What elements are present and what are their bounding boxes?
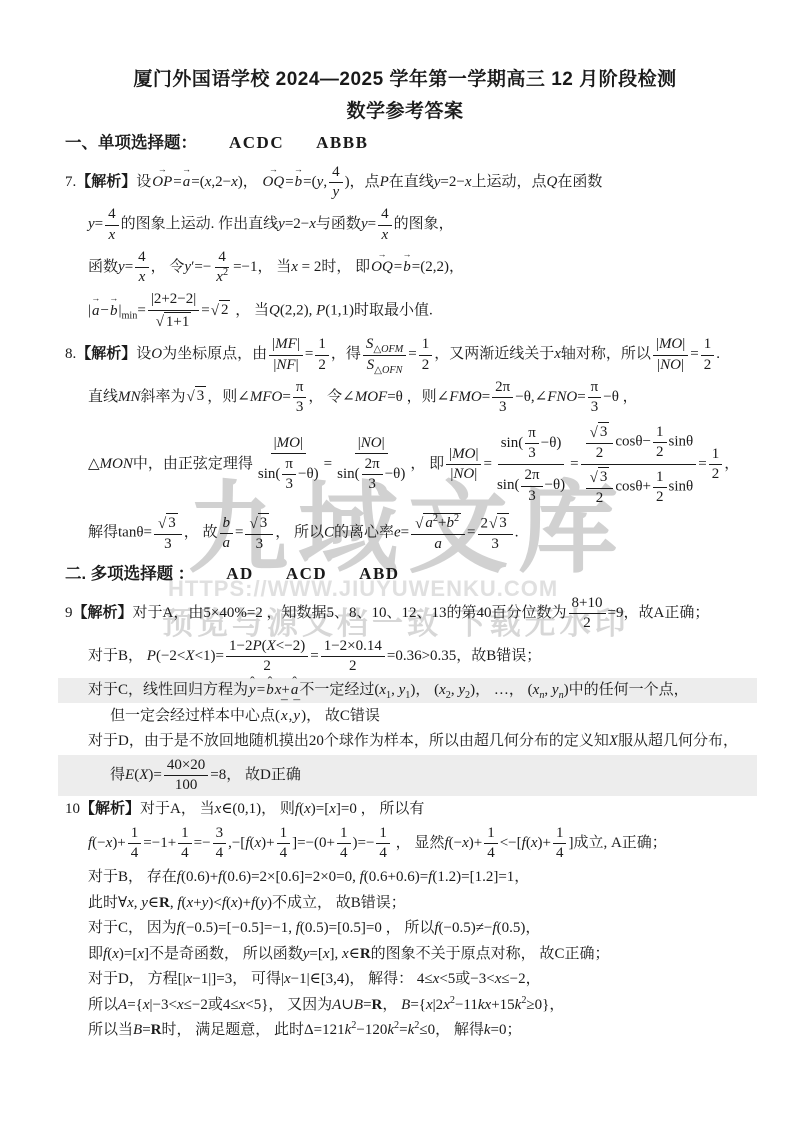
radical: √1+1 <box>156 312 192 331</box>
fraction: |MF||NF| <box>269 336 303 374</box>
vector-accent: →a <box>183 171 191 194</box>
fraction: 4x <box>378 206 392 244</box>
solution-line: △MON中，由正弦定理得|MO|sin(π3−θ)=|NO|sin(2π3−θ)… <box>88 420 745 509</box>
supscript: 2 <box>454 513 459 524</box>
analysis-marker: 【解析】 <box>76 173 136 190</box>
analysis-marker: 【解析】 <box>73 604 133 621</box>
fraction: 14 <box>128 825 142 863</box>
supscript: 2 <box>351 1020 356 1031</box>
solution-line: 所以当B=R时， 满足题意， 此时Δ=121k2−120k2=k2≤0， 解得k… <box>88 1019 745 1042</box>
section-label: 二. 多项选择题 ： <box>65 565 194 583</box>
roman-text: C <box>340 708 350 724</box>
subscript: △OFM <box>373 344 403 355</box>
fraction: √32 <box>586 422 614 462</box>
roman-text: C <box>554 946 564 962</box>
fraction: 12 <box>419 336 433 374</box>
fraction: ba <box>220 515 234 553</box>
roman-text: sin <box>497 477 515 493</box>
solution-line: 对于D，由于是不放回地随机摸出20个球作为样本，所以由超几何分布的定义知X服从超… <box>88 730 745 753</box>
solution-line: 解得tanθ=√33， 故ba=√33， 所以C的离心率e=√a2+b2a=2√… <box>88 512 745 554</box>
subscript: n <box>539 690 544 701</box>
subscript: 2 <box>465 690 470 701</box>
roman-text: C <box>118 682 128 698</box>
roman-text: min <box>122 311 138 322</box>
roman-text: sin <box>669 434 687 450</box>
roman-text: cos <box>615 479 635 495</box>
radical: √2 <box>211 300 231 319</box>
analysis-marker: 【解析】 <box>76 345 136 362</box>
solution-line: 对于D， 方程[|x−1|]=3， 可得|x−1|∈[3,4)， 解得： 4≤x… <box>88 968 745 991</box>
document-subtitle: 数学参考答案 <box>65 96 745 123</box>
solution-line: 此时∀x, y∈R, f(x+y)<f(x)+f(y)不成立， 故B错误； <box>88 892 745 915</box>
fraction: √33 <box>154 513 182 553</box>
fraction: 12 <box>709 446 723 484</box>
supscript: 2 <box>394 1020 399 1031</box>
fraction: 12 <box>653 424 667 462</box>
fraction: 14 <box>484 825 498 863</box>
roman-text: A <box>611 835 622 851</box>
solution-line: 得E(X)=40×20100=8， 故D正确 <box>110 756 745 796</box>
roman-text: B <box>486 648 496 664</box>
hat-accent: ˆb <box>266 679 274 702</box>
fraction: 2π3 <box>492 379 513 417</box>
document-content: 厦门外国语学校 2024—2025 学年第一学期高三 12 月阶段检测 数学参考… <box>0 0 793 1042</box>
fraction: 14 <box>376 825 390 863</box>
fraction: 12 <box>653 469 667 507</box>
solution-line: 对于B， P(−2<X<1)=1−2P(X<−2)2=1−2×0.142=0.3… <box>88 637 745 677</box>
roman-text: tan <box>118 525 136 541</box>
fraction: √32 <box>586 467 614 507</box>
solution-line: 但一定会经过样本中心点(¯x,¯y)， 故C错误 <box>110 705 745 728</box>
fraction: 14 <box>553 825 567 863</box>
fraction: 4y <box>329 164 343 202</box>
vector-accent: →OQ <box>371 256 393 279</box>
subscript: 2 <box>446 690 451 701</box>
solution-line: 即f(x)=[x]不是奇函数， 所以函数y=[x], x∈R的图象不关于原点对称… <box>88 943 745 966</box>
analysis-marker: 【解析】 <box>80 800 140 817</box>
roman-text: C <box>118 920 128 936</box>
solution-line: 对于B， 存在f(0.6)+f(0.6)=2×[0.6]=2×0=0, f(0.… <box>88 866 745 889</box>
supscript: 2 <box>433 513 438 524</box>
fraction: π3 <box>293 379 307 417</box>
solution-line: 10【解析】对于A， 当x∈(0,1)， 则f(x)=[x]=0 ， 所以有 <box>65 798 745 821</box>
fraction: 2π3 <box>521 467 542 505</box>
section-heading: 一、单项选择题：ACDCABBB <box>65 130 745 156</box>
roman-text: A <box>170 801 181 817</box>
fraction: |MO|sin(π3−θ) <box>255 435 322 495</box>
fraction: 1−2×0.142 <box>321 638 385 676</box>
solution-line: 对于C， 因为f(−0.5)=[−0.5]=−1, f(0.5)=[0.5]=0… <box>88 917 745 940</box>
subscript: min <box>122 311 138 322</box>
fraction: |MO||NO| <box>653 336 688 374</box>
fraction: 34 <box>213 825 227 863</box>
fraction: √a2+b2a <box>411 513 465 553</box>
fraction: 14 <box>337 825 351 863</box>
solution-line: f(−x)+14=−1+14=−34,−[f(x)+14]=−(0+14)=−1… <box>88 824 745 864</box>
fraction: |NO|sin(2π3−θ) <box>334 435 408 495</box>
fraction: π3 <box>282 456 296 494</box>
roman-text: D <box>260 767 271 783</box>
radical: √3 <box>249 513 269 532</box>
fraction: |2+2−2|√1+1 <box>148 291 199 331</box>
fraction: 4x <box>135 249 149 287</box>
bar-accent: ¯x <box>281 705 288 728</box>
fraction: π3 <box>525 425 539 463</box>
fraction: √33 <box>245 513 273 553</box>
answer-key: ACD <box>286 564 327 583</box>
roman-text: sin <box>258 466 276 482</box>
solution-line: 所以A={x|−3<x≤−2或4≤x<5}， 又因为A∪B=R， B={x|2x… <box>88 994 745 1017</box>
roman-text: A <box>653 605 664 621</box>
solution-line: y=4x的图象上运动. 作出直线y=2−x与函数y=4x的图象， <box>88 205 745 245</box>
vector-accent: →b <box>403 256 411 279</box>
fraction: 14 <box>277 825 291 863</box>
section-label: 一、单项选择题： <box>65 134 197 152</box>
solution-line: 直线MN斜率为√3，则∠MFO=π3， 令∠MOF=θ ，则∠FMO=2π3−θ… <box>88 378 745 418</box>
vector-accent: →a <box>92 300 100 323</box>
hat-accent: ˆy <box>249 679 256 702</box>
solution-line: 8.【解析】设O为坐标原点，由|MF||NF|=12，得S△OFMS△OFN=1… <box>65 335 745 375</box>
fraction: 12 <box>315 336 329 374</box>
radical: √3 <box>489 513 509 532</box>
section-heading: 二. 多项选择题 ：ADACDABD <box>65 561 745 587</box>
supscript: 2 <box>223 267 228 278</box>
fraction: 4x2 <box>213 249 231 287</box>
radical: √3 <box>187 386 207 405</box>
fraction: 40×20100 <box>164 757 208 795</box>
fraction: π3 <box>588 379 602 417</box>
vector-accent: →OQ <box>263 171 285 194</box>
radical: √3 <box>590 422 610 441</box>
fraction: 2√33 <box>478 513 513 553</box>
radical: √a2+b2 <box>415 513 461 532</box>
subscript: n <box>559 690 564 701</box>
answer-key: AD <box>226 564 254 583</box>
roman-text: D <box>118 971 129 987</box>
supscript: 2 <box>414 1020 419 1031</box>
subscript: 1 <box>386 690 391 701</box>
roman-text: sin <box>501 435 519 451</box>
answer-key: ABD <box>359 564 399 583</box>
fraction: 4x <box>105 206 119 244</box>
vector-accent: →OP <box>152 171 172 194</box>
fraction: 12 <box>701 336 715 374</box>
document-page: 九域文库 HTTPS://WWW.JIUYUWENKU.COM 预览与源文档一致… <box>0 0 793 1122</box>
solution-line: 函数y=4x， 令y′=−4x2=−1， 当x = 2时， 即→OQ=→b=(2… <box>88 248 745 288</box>
fraction: 14 <box>178 825 192 863</box>
bold-symbol: R <box>159 895 170 911</box>
answer-key: ACDC <box>229 133 284 152</box>
subscript: △OFN <box>374 365 402 376</box>
solution-content: 一、单项选择题：ACDCABBB7.【解析】设→OP=→a=(x,2−x)， →… <box>65 130 745 1042</box>
roman-text: sin <box>669 479 687 495</box>
roman-text: B <box>118 869 128 885</box>
roman-text: A <box>163 605 174 621</box>
solution-line: 对于C，线性回归方程为ˆy=ˆbx+ˆa不一定经过(x1, y1)， (x2, … <box>88 679 745 702</box>
solution-line: 7.【解析】设→OP=→a=(x,2−x)， →OQ=→b=(y,4y)，点P在… <box>65 163 745 203</box>
bold-symbol: R <box>360 946 371 962</box>
supscript: 2 <box>450 995 455 1006</box>
subscript: 1 <box>405 690 410 701</box>
roman-text: B <box>118 648 128 664</box>
bold-symbol: R <box>151 1022 162 1038</box>
supscript: 2 <box>521 995 526 1006</box>
fraction: |MO||NO| <box>446 446 481 484</box>
vector-accent: →b <box>295 171 303 194</box>
roman-text: sin <box>337 466 355 482</box>
solution-line: |→a−→b|min=|2+2−2|√1+1=√2 ， 当Q(2,2), P(1… <box>88 290 745 332</box>
vector-accent: →b <box>110 300 118 323</box>
bar-accent: ¯y <box>293 705 300 728</box>
roman-text: cos <box>615 434 635 450</box>
roman-text: D <box>118 733 129 749</box>
radical: √3 <box>158 513 178 532</box>
solution-line: 9【解析】对于A，由5×40%=2 ，知数据5、8、10、12、13的第40百分… <box>65 594 745 634</box>
roman-text: B <box>351 895 361 911</box>
answer-key: ABBB <box>316 133 368 152</box>
fraction: 1−2P(X<−2)2 <box>226 638 308 676</box>
fraction: √32cosθ−12sinθ√32cosθ+12sinθ <box>581 421 697 508</box>
document-title: 厦门外国语学校 2024—2025 学年第一学期高三 12 月阶段检测 <box>65 64 745 91</box>
fraction: S△OFMS△OFN <box>363 336 406 374</box>
fraction: 8+102 <box>569 595 606 633</box>
fraction: sin(π3−θ)sin(2π3−θ) <box>494 424 568 506</box>
fraction: 2π3 <box>362 456 383 494</box>
bold-symbol: R <box>372 997 383 1013</box>
radical: √3 <box>590 467 610 486</box>
